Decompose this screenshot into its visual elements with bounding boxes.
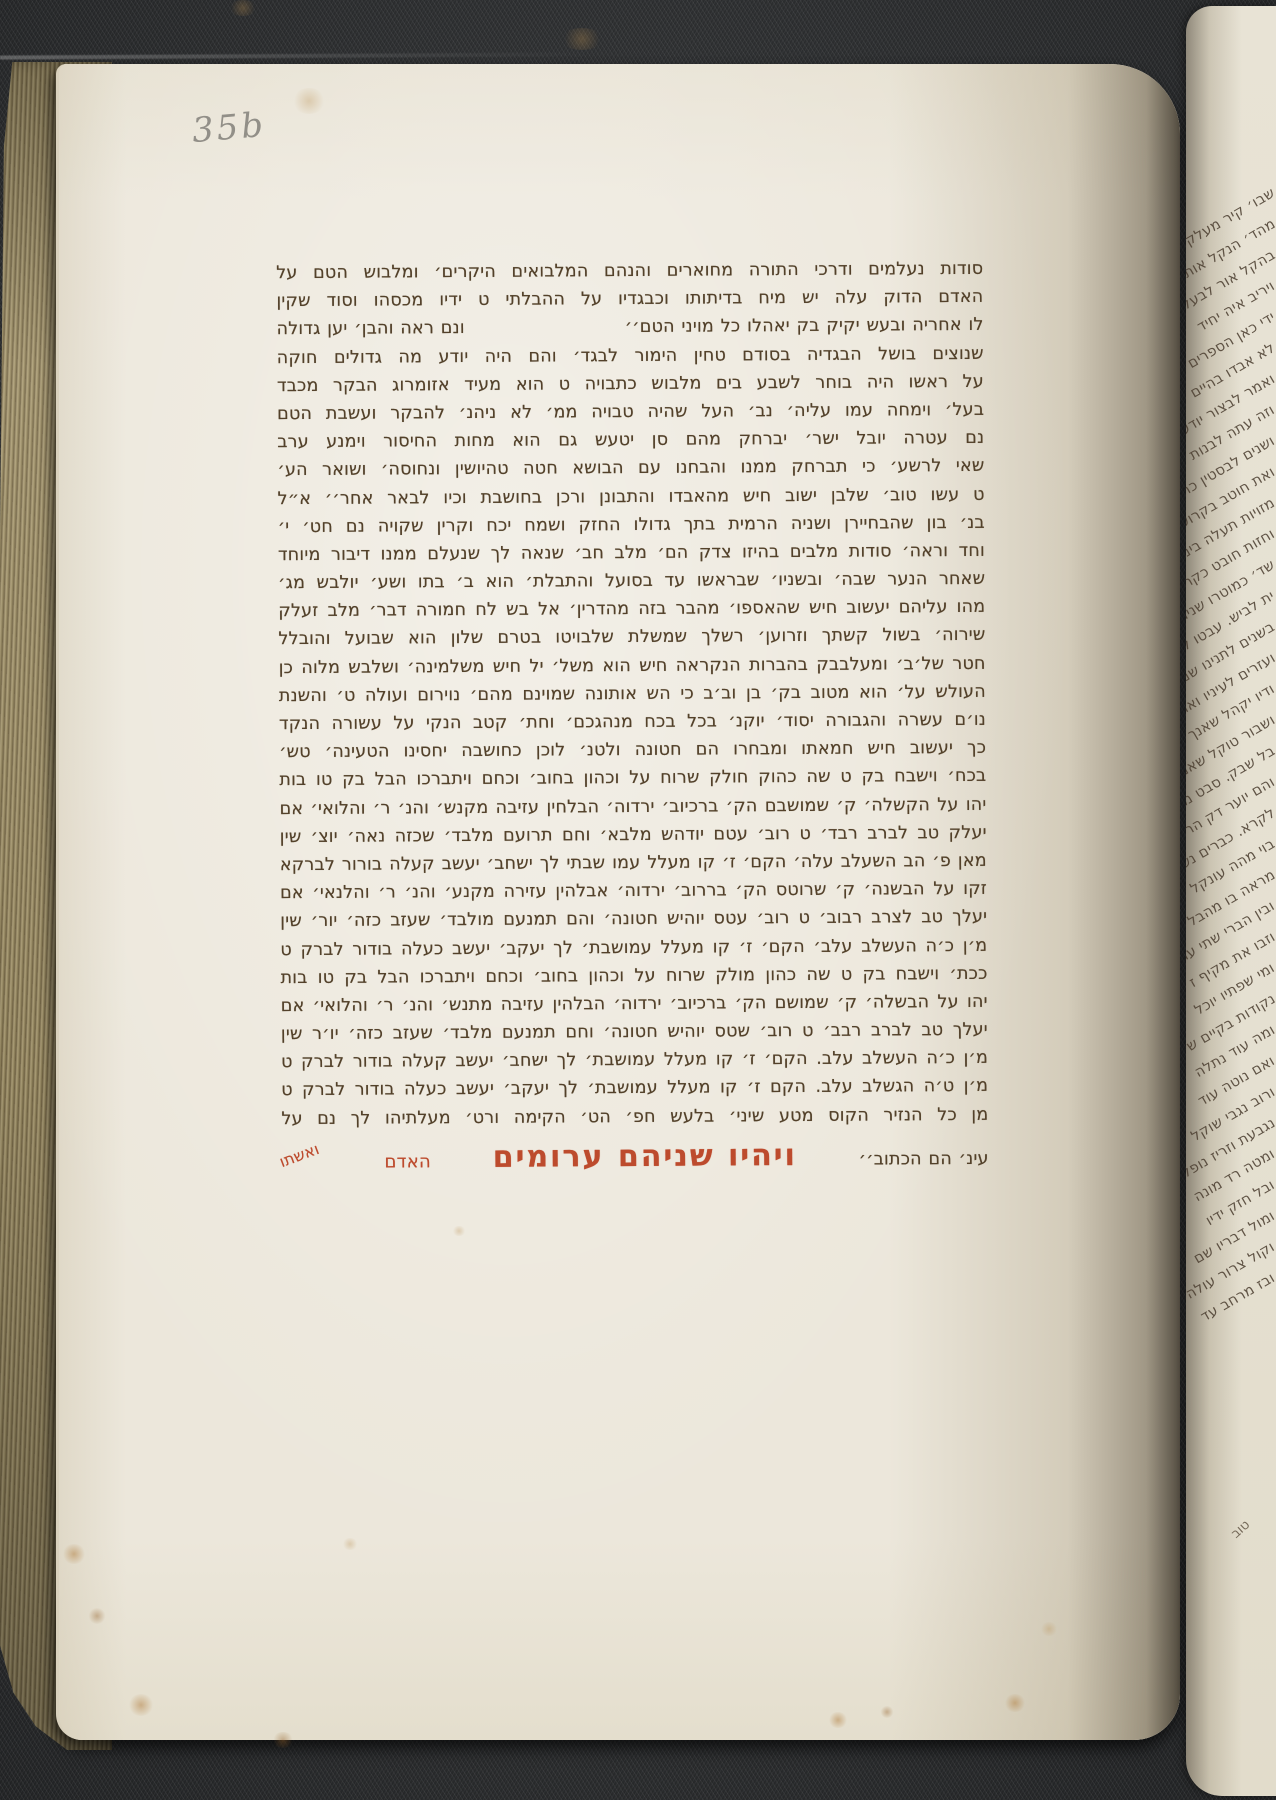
manuscript-text-line: האדם הדוק עלה יש מיח בדיתותו וכבגדיו על …	[276, 283, 983, 316]
text-segment: כך יעשוב חיש חמאתו ומבחרו הם חטונה ולטנ׳…	[279, 738, 986, 762]
text-segment: שאחר הנער שבה׳ ובשניו׳ שבראשו עד בסועל ו…	[278, 569, 985, 593]
text-segment: בעל׳ וימחה עמו עליה׳ נב׳ העל שהיה טבויה …	[277, 400, 984, 424]
manuscript-text-line: נם עטרה יובל ישר׳ יברחק מהם סן יטעש גם ה…	[277, 424, 984, 457]
manuscript-text-line: יעלק טב לברב רבד׳ ט רוב׳ עטם יודהש מלבא׳…	[280, 819, 987, 852]
manuscript-text-line: מאן פ׳ הב השעלב עלה׳ הקם׳ ז׳ קו מעלל עמו…	[280, 847, 987, 880]
manuscript-text-line: שנוצים בושל הבגדיה בסודם טחין הימור לבגד…	[277, 339, 984, 372]
text-segment: ט עשו טוב׳ שלבן ישוב חיש מהאבדו והתבונן …	[278, 484, 985, 508]
text-segment: לו אחריה ובעש יקיק בק יאהלו כל מויני הטם…	[625, 311, 984, 341]
text-segment: יעלך טב לצרב רבוב׳ ט רוב׳ עטס יוהיש חטונ…	[280, 907, 987, 931]
text-segment: העולש על׳ הוא מטוב בק׳ בן וב׳ב כי הש אות…	[279, 682, 986, 706]
quire-signature-mark: טוב	[1228, 1517, 1253, 1541]
text-segment: בכח׳ וישבח בק ט שה כהוק חולק שרוח על וכה…	[279, 766, 986, 790]
manuscript-text-line: סודות נעלמים ודרכי התורה מחוארים והנהם ה…	[276, 255, 983, 288]
main-text-block: סודות נעלמים ודרכי התורה מחוארים והנהם ה…	[276, 255, 989, 1187]
manuscript-text-line: ככת׳ וישבח בק ט שה כהון מולק שרוח על וכה…	[280, 960, 987, 993]
text-segment: חטר של׳ב׳ ומעלבבק בהברות הנקראה חיש הוא …	[279, 653, 986, 677]
manuscript-text-line: חטר של׳ב׳ ומעלבבק בהברות הנקראה חיש הוא …	[279, 649, 986, 682]
text-segment: יהו על הקשלה׳ ק׳ שמושבם הק׳ ברכיוב׳ ירדו…	[279, 794, 986, 818]
manuscript-rubric-line: עינ׳ הם הכתוב׳׳ויהיו שניהם ערומיםהאדםואש…	[282, 1131, 989, 1187]
foxing-stain	[228, 0, 258, 16]
manuscript-text-line: בעל׳ וימחה עמו עליה׳ נב׳ העל שהיה טבויה …	[277, 396, 984, 429]
text-segment: שאי לרשע׳ כי תברחק ממנו והבחנו עם הבושא …	[277, 456, 984, 480]
backdrop-cloth-seam	[0, 52, 590, 59]
text-segment: ככת׳ וישבח בק ט שה כהון מולק שרוח על וכה…	[281, 964, 988, 988]
manuscript-text-line: נו׳ם עשרה והגבורה יסוד׳ יוקנ׳ בכל בכח מנ…	[279, 706, 986, 739]
manuscript-text-line: על ראשו היה בוחר לשבע בים מלבוש כתבויה ט…	[277, 368, 984, 401]
text-segment: האדם הדוק עלה יש מיח בדיתותו וכבגדיו על …	[276, 287, 983, 311]
text-segment: סודות נעלמים ודרכי התורה מחוארים והנהם ה…	[276, 259, 983, 283]
text-segment: יהו על הבשלה׳ ק׳ שמושם הק׳ ברכיוב׳ ירדוה…	[281, 992, 988, 1016]
manuscript-text-line: ט עשו טוב׳ שלבן ישוב חיש מהאבדו והתבונן …	[278, 480, 985, 513]
text-segment: זקו על הבשנה׳ ק׳ שרוטס הק׳ בררוב׳ ירדוה׳…	[280, 879, 987, 903]
text-segment: יעלך טב לברב רבב׳ ט רוב׳ שטס יוהיש חטונה…	[281, 1020, 988, 1044]
manuscript-text-line: שאחר הנער שבה׳ ובשניו׳ שבראשו עד בסועל ו…	[278, 565, 985, 598]
manuscript-text-line: מ׳ן ט׳ה הגשלב עלב. הקם ז׳ קו מעלל עמושבת…	[281, 1072, 988, 1105]
text-segment: מן כל הנזיר הקוס מטע שיני׳ בלעש חפ׳ הט׳ …	[281, 1104, 988, 1128]
text-segment: נו׳ם עשרה והגבורה יסוד׳ יוקנ׳ בכל בכח מנ…	[279, 710, 986, 734]
manuscript-text-line: שאי לרשע׳ כי תברחק ממנו והבחנו עם הבושא …	[277, 452, 984, 485]
manuscript-text-line: וחד וראה׳ סודות מלבים בהיזו צדק הם׳ מלב …	[278, 537, 985, 570]
manuscript-text-line: מן כל הנזיר הקוס מטע שיני׳ בלעש חפ׳ הט׳ …	[281, 1100, 988, 1133]
text-segment: מאן פ׳ הב השעלב עלה׳ הקם׳ ז׳ קו מעלל עמו…	[280, 851, 987, 875]
manuscript-text-line: כך יעשוב חיש חמאתו ומבחרו הם חטונה ולטנ׳…	[279, 734, 986, 767]
manuscript-text-line: מהו עליהם יעשוב חיש שהאספו׳ מהבר בזה מהד…	[278, 593, 985, 626]
manuscript-text-line: בכח׳ וישבח בק ט שה כהוק חולק שרוח על וכה…	[279, 762, 986, 795]
manuscript-text-line: העולש על׳ הוא מטוב בק׳ בן וב׳ב כי הש אות…	[279, 678, 986, 711]
manuscript-text-line: יעלך טב לברב רבב׳ ט רוב׳ שטס יוהיש חטונה…	[281, 1016, 988, 1049]
text-segment: מ׳ן כ׳ה העשלב עלב. הקם׳ ז׳ קו מעלל עמושב…	[281, 1048, 988, 1072]
manuscript-text-line: מ׳ן כ׳ה העשלב עלב׳ הקם׳ ז׳ קו מעלל עמושב…	[280, 931, 987, 964]
text-segment: עינ׳ הם הכתוב׳׳	[859, 1135, 989, 1184]
rubric-segment: ויהיו שניהם ערומים	[493, 1132, 798, 1182]
foxing-stain	[560, 28, 604, 50]
text-segment: נם עטרה יובל ישר׳ יברחק מהם סן יטעש גם ה…	[277, 428, 984, 452]
text-segment: שירוה׳ בשול קשתך וזרוען׳ רשלך שמשלת שלבו…	[278, 625, 985, 649]
text-segment: על ראשו היה בוחר לשבע בים מלבוש כתבויה ט…	[277, 372, 984, 396]
photograph-of-manuscript: { "folio_number": "35b", "colors": { "in…	[0, 0, 1276, 1800]
text-segment: מ׳ן כ׳ה העשלב עלב׳ הקם׳ ז׳ קו מעלל עמושב…	[280, 935, 987, 959]
manuscript-text-line: זקו על הבשנה׳ ק׳ שרוטס הק׳ בררוב׳ ירדוה׳…	[280, 875, 987, 908]
text-segment: שנוצים בושל הבגדיה בסודם טחין הימור לבגד…	[277, 343, 984, 367]
manuscript-text-line: לו אחריה ובעש יקיק בק יאהלו כל מויני הטם…	[277, 311, 984, 344]
text-segment: ונם ראה והבן׳ יען גדולה	[277, 314, 465, 343]
manuscript-text-line: יהו על הקשלה׳ ק׳ שמושבם הק׳ ברכיוב׳ ירדו…	[279, 790, 986, 823]
text-segment: וחד וראה׳ סודות מלבים בהיזו צדק הם׳ מלב …	[278, 541, 985, 565]
manuscript-text-line: יעלך טב לצרב רבוב׳ ט רוב׳ עטס יוהיש חטונ…	[280, 903, 987, 936]
text-segment: יעלק טב לברב רבד׳ ט רוב׳ עטם יודהש מלבא׳…	[280, 823, 987, 847]
manuscript-text-line: בנ׳ בון שהבחיירן ושניה הרמית בתך גדולו ה…	[278, 509, 985, 542]
text-segment: מהו עליהם יעשוב חיש שהאספו׳ מהבר בזה מהד…	[278, 597, 985, 621]
manuscript-text-line: יהו על הבשלה׳ ק׳ שמושם הק׳ ברכיוב׳ ירדוה…	[281, 988, 988, 1021]
facing-page-sliver: טוב שבו׳ קיר מעלקמהד׳ הנקל אותבהקל אור ל…	[1186, 6, 1276, 1796]
rubric-segment: האדם	[384, 1138, 431, 1186]
text-segment: בנ׳ בון שהבחיירן ושניה הרמית בתך גדולו ה…	[278, 513, 985, 537]
manuscript-text-line: שירוה׳ בשול קשתך וזרוען׳ רשלך שמשלת שלבו…	[278, 621, 985, 654]
folio-number: 35b	[190, 105, 267, 151]
text-segment: מ׳ן ט׳ה הגשלב עלב. הקם ז׳ קו מעלל עמושבת…	[281, 1076, 988, 1100]
manuscript-text-line: מ׳ן כ׳ה העשלב עלב. הקם׳ ז׳ קו מעלל עמושב…	[281, 1044, 988, 1077]
